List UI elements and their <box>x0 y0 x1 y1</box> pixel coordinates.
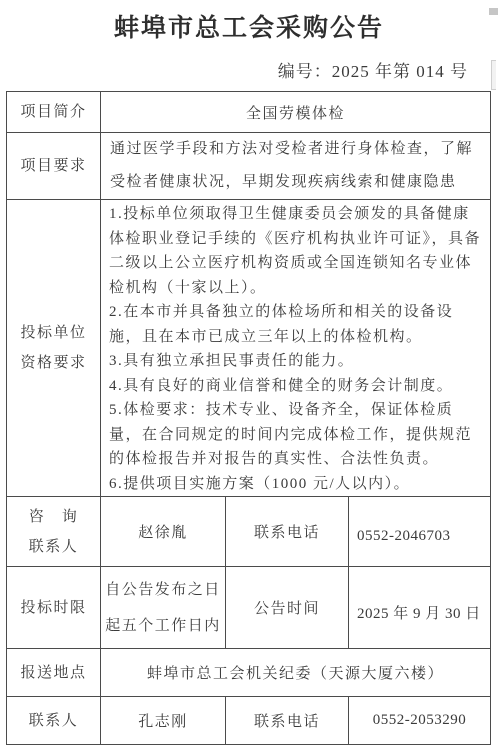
contact-name: 孔志刚 <box>101 697 226 745</box>
bid-deadline-line1: 自公告发布之日 <box>102 572 224 608</box>
qualification-item: 5.体检要求：技术专业、设备齐全，保证体检质量，在合同规定的时间内完成体检工作，… <box>109 398 482 472</box>
label-consult-contact: 咨 询 联系人 <box>7 497 101 567</box>
bid-deadline-line2: 起五个工作日内 <box>102 608 224 644</box>
consult-phone-number: 0552-2046703 <box>349 497 491 567</box>
table-row-project-intro: 项目简介 全国劳模体检 <box>7 92 491 133</box>
label-bidder-qualifications-line2: 资格要求 <box>8 348 99 378</box>
table-row-contact: 联系人 孔志刚 联系电话 0552-2053290 <box>7 697 491 745</box>
label-bidder-qualifications-line1: 投标单位 <box>8 318 99 348</box>
qualification-item: 4.具有良好的商业信誉和健全的财务会计制度。 <box>109 374 482 399</box>
doc-number: 编号：2025 年第 014 号 <box>0 57 498 82</box>
page-title: 蚌埠市总工会采购公告 <box>0 8 498 44</box>
consult-phone-label: 联系电话 <box>226 497 349 567</box>
qualification-item: 6.提供项目实施方案（1000 元/人以内）。 <box>109 472 482 497</box>
value-bidder-qualifications: 1.投标单位须取得卫生健康委员会颁发的具备健康体检职业登记手续的《医疗机构执业许… <box>101 200 491 497</box>
label-bid-deadline: 投标时限 <box>7 567 101 649</box>
contact-phone-label: 联系电话 <box>226 697 349 745</box>
qualification-item: 2.在本市并具备独立的体检场所和相关的设备设施，且在本市已成立三年以上的体检机构… <box>109 300 482 349</box>
contact-phone-number: 0552-2053290 <box>349 697 491 745</box>
qualification-item: 3.具有独立承担民事责任的能力。 <box>109 349 482 374</box>
announce-time-label: 公告时间 <box>226 567 349 649</box>
consult-contact-name: 赵徐胤 <box>101 497 226 567</box>
label-project-intro: 项目简介 <box>7 92 101 133</box>
announcement-table: 项目简介 全国劳模体检 项目要求 通过医学手段和方法对受检者进行身体检查，了解受… <box>6 91 491 745</box>
table-row-bid-deadline: 投标时限 自公告发布之日 起五个工作日内 公告时间 2025 年 9 月 30 … <box>7 567 491 649</box>
label-consult-contact-line2: 联系人 <box>8 532 99 562</box>
label-project-requirements: 项目要求 <box>7 133 101 200</box>
label-contact: 联系人 <box>7 697 101 745</box>
scrollbar-fragment <box>491 60 496 90</box>
label-submission-location: 报送地点 <box>7 649 101 697</box>
bid-deadline-value: 自公告发布之日 起五个工作日内 <box>101 567 226 649</box>
table-row-project-requirements: 项目要求 通过医学手段和方法对受检者进行身体检查，了解受检者健康状况，早期发现疾… <box>7 133 491 200</box>
value-project-intro: 全国劳模体检 <box>101 92 491 133</box>
label-bidder-qualifications: 投标单位 资格要求 <box>7 200 101 497</box>
table-row-bidder-qualifications: 投标单位 资格要求 1.投标单位须取得卫生健康委员会颁发的具备健康体检职业登记手… <box>7 200 491 497</box>
announce-time-value: 2025 年 9 月 30 日 <box>349 567 491 649</box>
submission-location-value: 蚌埠市总工会机关纪委（天源大厦六楼） <box>101 649 491 697</box>
table-row-submission-location: 报送地点 蚌埠市总工会机关纪委（天源大厦六楼） <box>7 649 491 697</box>
qualification-item: 1.投标单位须取得卫生健康委员会颁发的具备健康体检职业登记手续的《医疗机构执业许… <box>109 202 482 300</box>
document-page: 蚌埠市总工会采购公告 编号：2025 年第 014 号 项目简介 全国劳模体检 … <box>0 8 498 747</box>
table-row-consult-contact: 咨 询 联系人 赵徐胤 联系电话 0552-2046703 <box>7 497 491 567</box>
value-project-requirements: 通过医学手段和方法对受检者进行身体检查，了解受检者健康状况，早期发现疾病线索和健… <box>101 133 491 200</box>
label-consult-contact-line1: 咨 询 <box>8 502 99 532</box>
window-corner-artifact <box>489 8 498 15</box>
